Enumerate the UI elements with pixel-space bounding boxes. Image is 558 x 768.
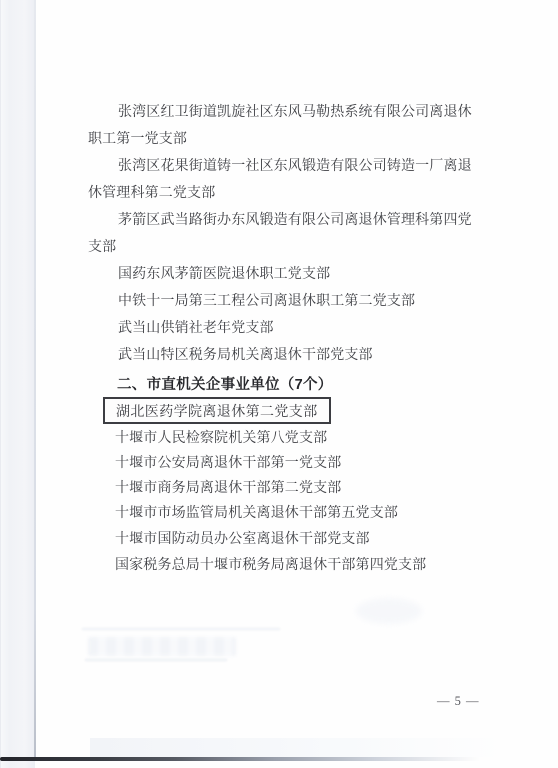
bleedthrough-text-smudge xyxy=(88,637,236,656)
bleedthrough-line xyxy=(82,628,280,630)
list-item-line: 茅箭区武当路街办东风锻造有限公司离退休管理科第四党 xyxy=(118,212,472,230)
list-item-line: 支部 xyxy=(88,239,116,257)
list-item-line: 十堰市人民检察院机关第八党支部 xyxy=(115,430,327,448)
list-item-line: 十堰市市场监管局机关离退休干部第五党支部 xyxy=(115,505,398,523)
scan-smudge xyxy=(356,598,422,624)
list-item-line: 武当山供销社老年党支部 xyxy=(118,320,274,338)
list-item-line: 国药东风茅箭医院退休职工党支部 xyxy=(118,266,330,284)
list-item-line: 中铁十一局第三工程公司离退休职工第二党支部 xyxy=(118,293,415,311)
list-item-line: 张湾区红卫街道凯旋社区东风马勒热系统有限公司离退休 xyxy=(118,104,472,122)
list-item-line: 张湾区花果街道铸一社区东风锻造有限公司铸造一厂离退 xyxy=(118,158,472,176)
scan-left-edge-shade xyxy=(0,0,35,768)
scan-bottom-edge-shadow xyxy=(0,757,500,761)
scanned-document-page: 张湾区红卫街道凯旋社区东风马勒热系统有限公司离退休 职工第一党支部 张湾区花果街… xyxy=(0,0,558,768)
page-number: — 5 — xyxy=(437,694,480,709)
highlighted-list-item: 湖北医药学院离退休第二党支部 xyxy=(116,401,318,421)
list-item-line: 国家税务总局十堰市税务局离退休干部第四党支部 xyxy=(115,557,426,575)
highlighted-item-box: 湖北医药学院离退休第二党支部 xyxy=(103,397,331,424)
list-item-line: 十堰市商务局离退休干部第二党支部 xyxy=(115,480,341,498)
bleedthrough-line xyxy=(85,659,227,661)
scan-bottom-wash xyxy=(90,738,510,757)
list-item-line: 十堰市公安局离退休干部第一党支部 xyxy=(115,455,341,473)
scan-fold-line xyxy=(34,0,36,760)
list-item-line: 十堰市国防动员办公室离退休干部党支部 xyxy=(115,531,370,549)
list-item-line: 休管理科第二党支部 xyxy=(88,185,215,203)
list-item-line: 职工第一党支部 xyxy=(88,131,187,149)
list-item-line: 武当山特区税务局机关离退休干部党支部 xyxy=(118,347,373,365)
section-heading: 二、市直机关企事业单位（7个） xyxy=(117,376,333,394)
